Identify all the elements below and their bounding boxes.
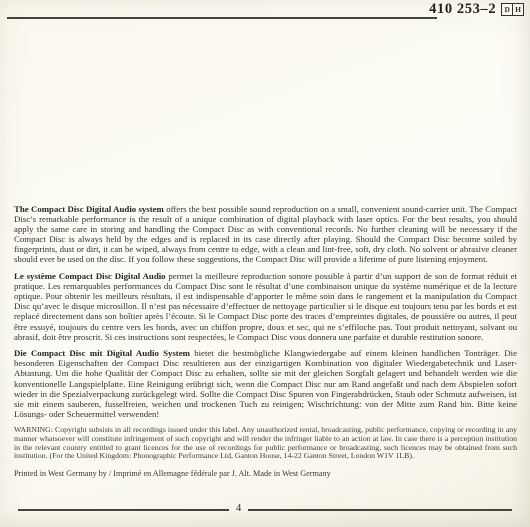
paragraph-french: Le système Compact Disc Digital Audio pe… (14, 271, 517, 342)
catalog-header: 410 253–2 D H (429, 1, 524, 18)
label-box-h: H (512, 3, 524, 16)
booklet-page: 410 253–2 D H The Compact Disc Digital A… (0, 0, 530, 527)
copyright-warning: WARNING: Copyright subsists in all recor… (14, 426, 517, 461)
print-credit: Printed in West Germany by / Imprimé en … (14, 469, 517, 478)
text-block: The Compact Disc Digital Audio system of… (14, 204, 517, 486)
footer-divider: 4 (18, 505, 512, 516)
german-body: bietet die bestmögliche Klangwiedergabe … (14, 348, 517, 419)
page-number: 4 (236, 504, 241, 515)
dh-label-code-icon: D H (501, 3, 524, 16)
german-lead: Die Compact Disc mit Digital Audio Syste… (14, 348, 190, 358)
french-body: permet la meilleure reproduction sonore … (14, 271, 517, 342)
english-lead: The Compact Disc Digital Audio system (14, 204, 164, 214)
footer-divider-left (18, 509, 229, 511)
paragraph-english: The Compact Disc Digital Audio system of… (14, 204, 517, 265)
french-lead: Le système Compact Disc Digital Audio (14, 271, 166, 281)
footer-divider-right (248, 509, 512, 511)
catalog-number: 410 253–2 (429, 1, 496, 18)
paragraph-german: Die Compact Disc mit Digital Audio Syste… (14, 348, 517, 419)
top-divider (7, 17, 437, 19)
